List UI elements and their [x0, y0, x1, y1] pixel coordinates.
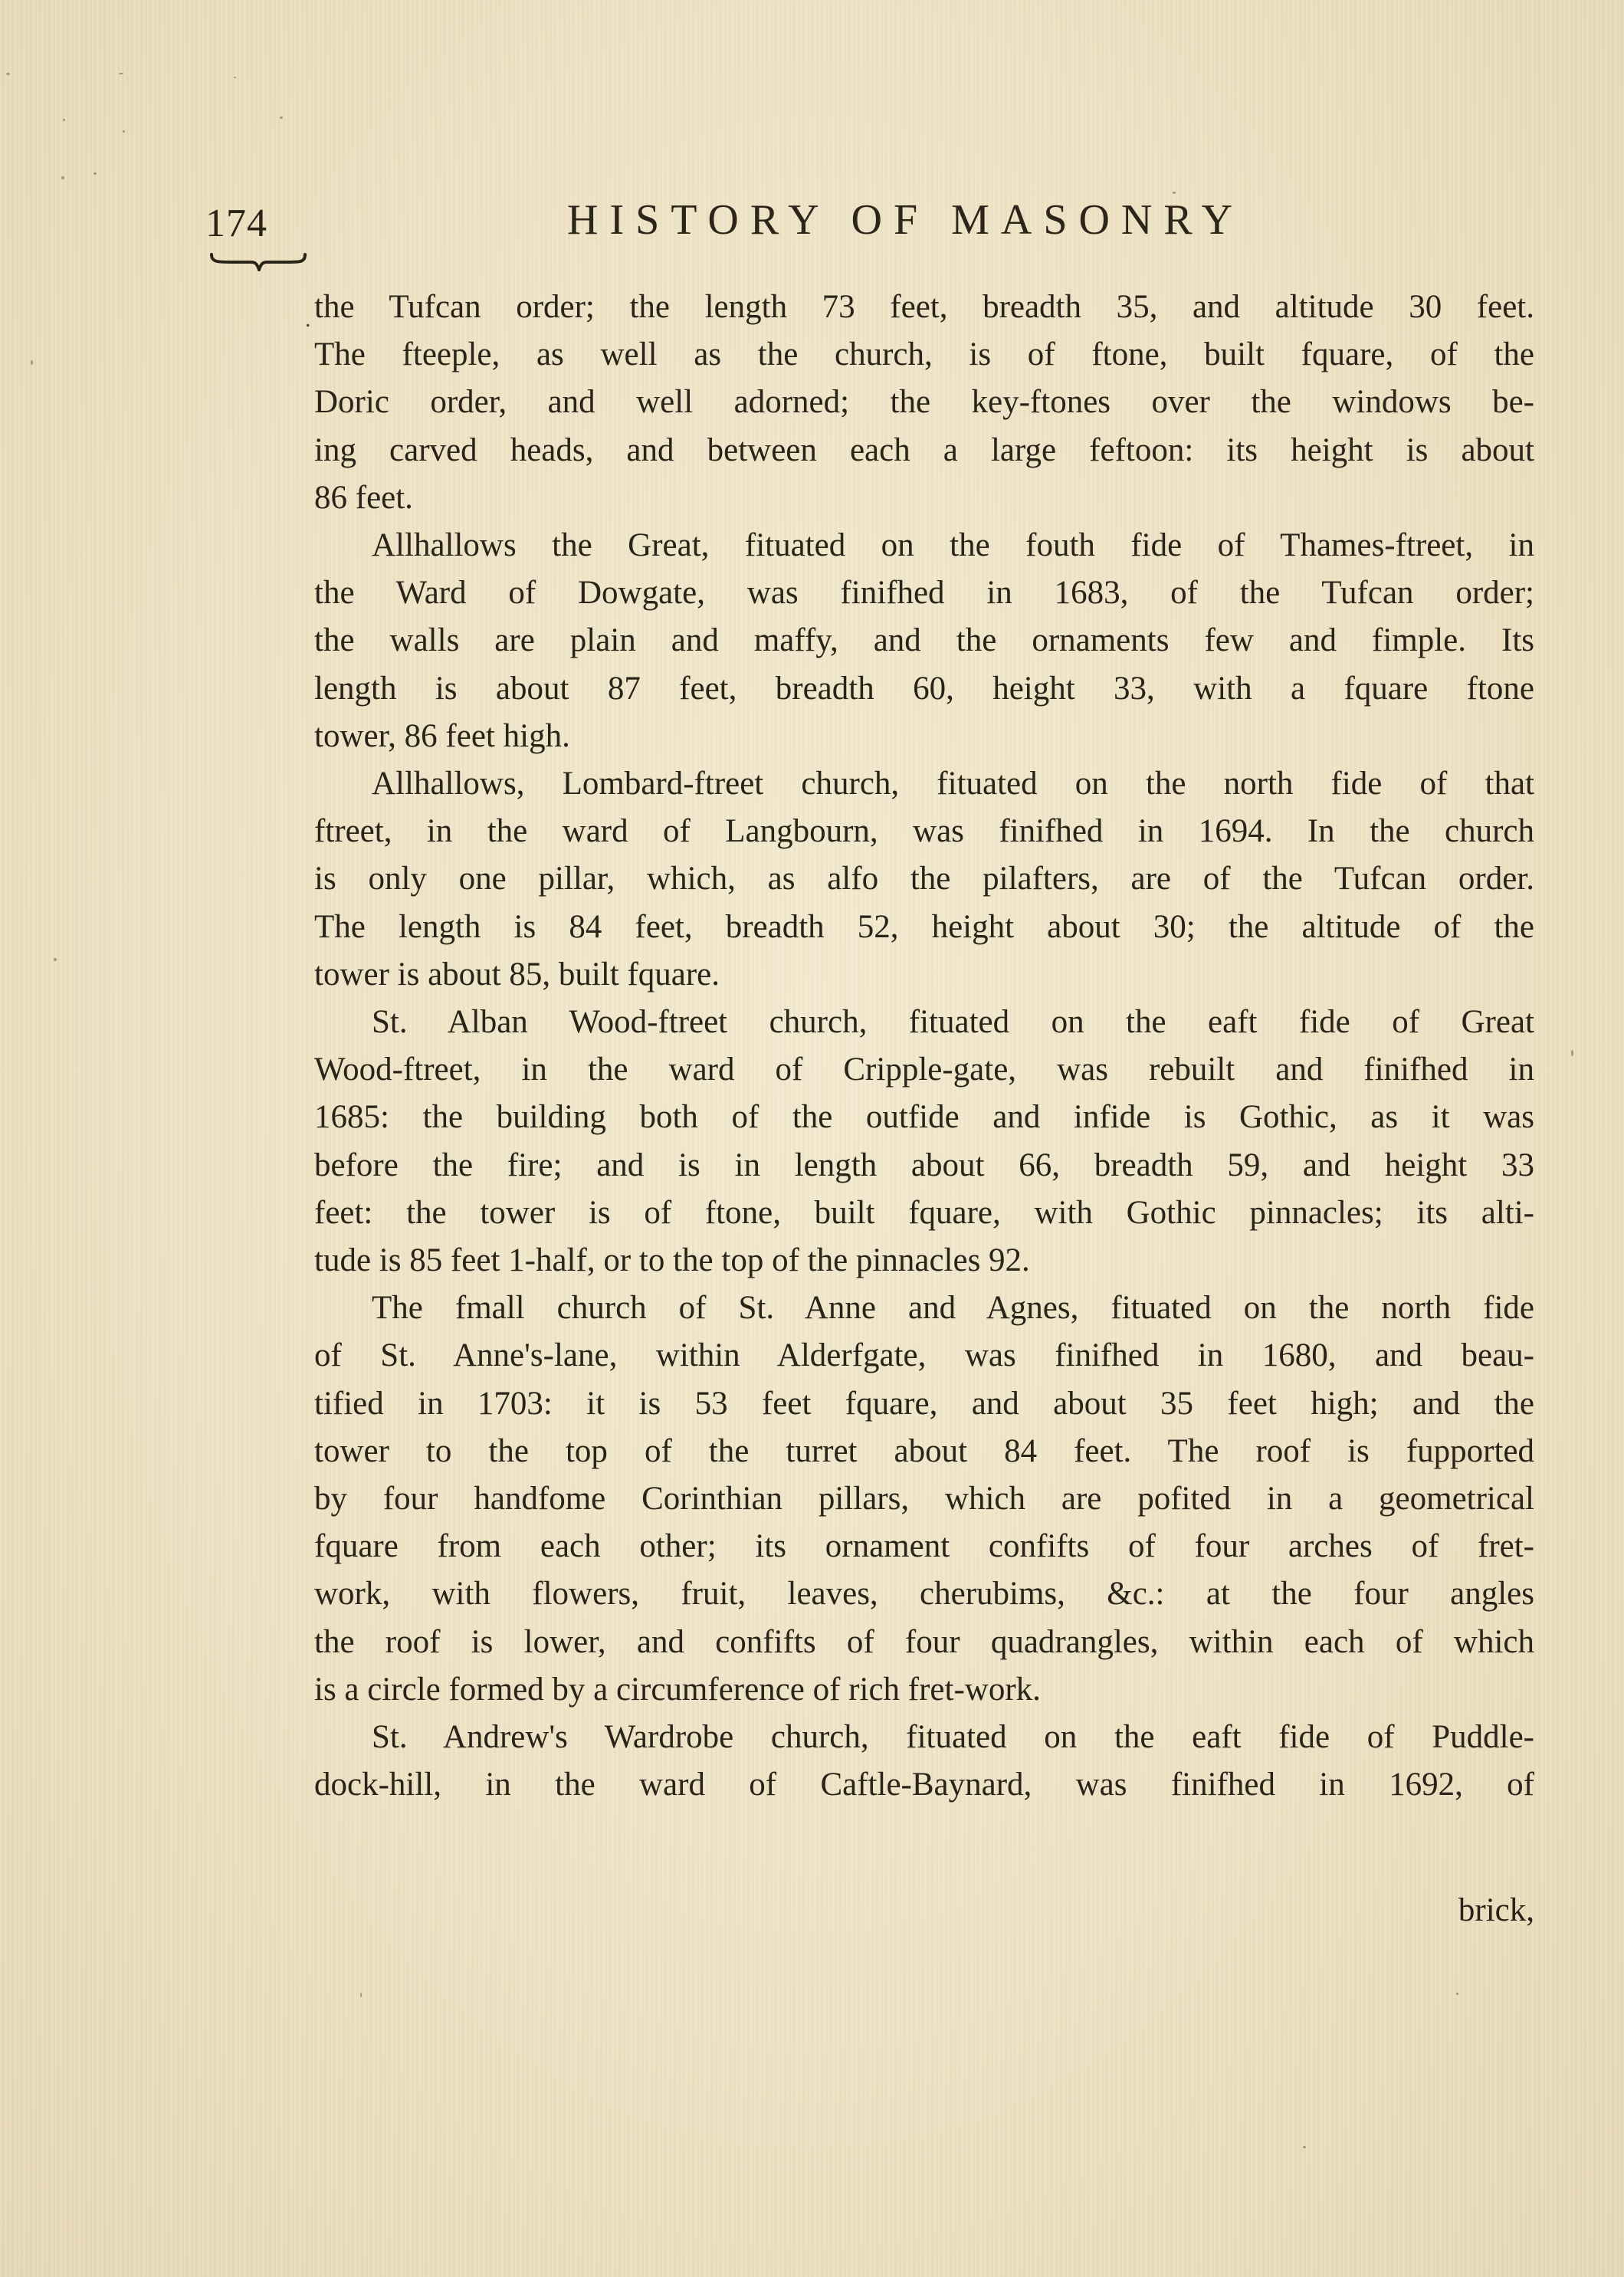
text-line: 86 feet.	[314, 474, 1534, 522]
paper-speck	[63, 119, 65, 121]
text-line: ftreet, in the ward of Langbourn, was fi…	[314, 808, 1534, 855]
text-line: Doric order, and well adorned; the key-f…	[314, 379, 1534, 426]
text-line: The length is 84 feet, breadth 52, heigh…	[314, 904, 1534, 951]
brace-ornament-icon	[208, 253, 308, 271]
paragraph-first-line: Allhallows, Lombard-ftreet church, fitua…	[372, 760, 1534, 808]
stray-mark: .	[305, 307, 311, 333]
text-line: fquare from each other; its ornament con…	[314, 1523, 1534, 1570]
page-number: 174	[205, 201, 267, 246]
paper-speck	[1571, 1050, 1573, 1056]
text-line: the roof is lower, and confifts of four …	[314, 1619, 1534, 1666]
paragraph-first-line: St. Andrew's Wardrobe church, fituated o…	[372, 1714, 1534, 1761]
text-line: tower, 86 feet high.	[314, 713, 1534, 760]
text-line: tower is about 85, built fquare.	[314, 951, 1534, 999]
paper-speck	[1303, 2146, 1306, 2148]
text-line: before the fire; and is in length about …	[314, 1142, 1534, 1189]
text-line: tude is 85 feet 1-half, or to the top of…	[314, 1237, 1534, 1285]
text-line: 1685: the building both of the outfide a…	[314, 1094, 1534, 1141]
paper-speck	[6, 73, 10, 75]
text-line: work, with flowers, fruit, leaves, cheru…	[314, 1570, 1534, 1618]
paper-speck	[234, 77, 236, 78]
text-line: The fteeple, as well as the church, is o…	[314, 331, 1534, 379]
text-line: the walls are plain and maffy, and the o…	[314, 617, 1534, 664]
text-line: Wood-ftreet, in the ward of Cripple-gate…	[314, 1046, 1534, 1094]
text-line: ing carved heads, and between each a lar…	[314, 427, 1534, 474]
text-line: dock-hill, in the ward of Caftle-Baynard…	[314, 1761, 1534, 1809]
paper-speck	[54, 958, 57, 961]
paper-speck	[31, 360, 33, 365]
paper-speck	[1173, 192, 1176, 194]
paragraph-first-line: The fmall church of St. Anne and Agnes, …	[372, 1285, 1534, 1332]
paragraph-first-line: St. Alban Wood-ftreet church, fituated o…	[372, 999, 1534, 1046]
paper-speck	[61, 176, 64, 179]
text-line: the Tufcan order; the length 73 feet, br…	[314, 284, 1534, 331]
text-line: of St. Anne's-lane, within Alderfgate, w…	[314, 1332, 1534, 1380]
paper-speck	[123, 130, 125, 133]
paragraph-first-line: Allhallows the Great, fituated on the fo…	[372, 522, 1534, 569]
paper-speck	[280, 116, 283, 119]
paper-speck	[94, 172, 97, 175]
catchword: brick,	[1458, 1887, 1534, 1934]
text-line: the Ward of Dowgate, was finifhed in 168…	[314, 569, 1534, 617]
text-line: tower to the top of the turret about 84 …	[314, 1428, 1534, 1475]
text-line: is only one pillar, which, as alfo the p…	[314, 855, 1534, 903]
text-line: by four handfome Corinthian pillars, whi…	[314, 1475, 1534, 1523]
running-head: HISTORY OF MASONRY	[567, 195, 1280, 244]
text-line: length is about 87 feet, breadth 60, hei…	[314, 665, 1534, 713]
paper-speck	[1456, 1993, 1458, 1995]
text-line: feet: the tower is of ftone, built fquar…	[314, 1189, 1534, 1237]
text-line: tified in 1703: it is 53 feet fquare, an…	[314, 1380, 1534, 1428]
paper-speck	[360, 1993, 362, 1997]
text-line: is a circle formed by a circumference of…	[314, 1666, 1534, 1714]
paper-speck	[119, 73, 123, 74]
